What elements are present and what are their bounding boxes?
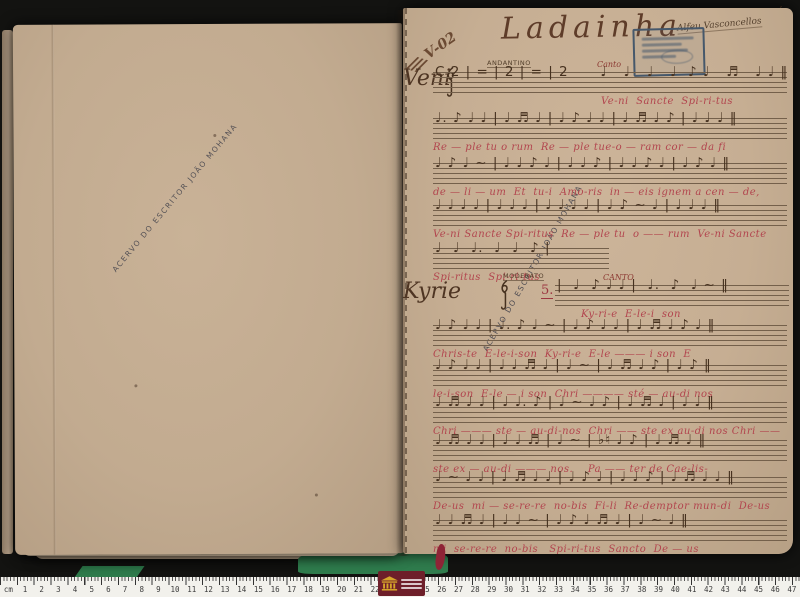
lyrics-line: Re — ple tu o rum Re — ple tue-o — ram c… <box>433 142 726 153</box>
ruler-number: 5 <box>83 585 100 594</box>
left-page-blank: ACERVO DO ESCRITOR JOÃO MOHANA <box>13 23 404 555</box>
staff-lines: ♩ ♪ ♩ ♩ | ♩ ♩ ♬ ♩ | ♩ ~ | ♩ ♬ ♩ ♪ | ♩ ♪ … <box>433 365 787 386</box>
staff-lines: ♩ ~ ♩ ♩ | ♩ ♬ ♩ ♩ | ♩ ♪ ♩ | ♩ ♩ ♪ | ♩ ♬ … <box>433 477 787 498</box>
ruler-number: 34 <box>567 585 584 594</box>
ruler-number: 37 <box>617 585 634 594</box>
logo-text-line <box>401 587 422 589</box>
stamp-text-line <box>642 36 694 40</box>
ruler-number: 26 <box>433 585 450 594</box>
ruler-number: 29 <box>483 585 500 594</box>
ruler-number: 13 <box>217 585 234 594</box>
ruler-number: 46 <box>767 585 784 594</box>
ruler-number: 14 <box>233 585 250 594</box>
lyrics-line: De-us mi — se-re-re no-bis Fi-li Re-demp… <box>433 501 770 512</box>
stamp-oval <box>661 49 693 64</box>
music-notes: ♩ ♪ ♩ ♩ | ♩. ♪ ♩ ~ | ♩ ♪ ♩ ♩ | ♩ ♬ ♩ ♪ ♩… <box>435 317 715 333</box>
ruler-number: 1 <box>17 585 34 594</box>
ruler-number: 17 <box>283 585 300 594</box>
music-notes: ♩ ♩ ♩. ♩ ♩ ♪ | <box>435 240 551 256</box>
ruler-number: 38 <box>634 585 651 594</box>
ruler-number: 19 <box>317 585 334 594</box>
logo-text-line <box>401 579 422 581</box>
paper-speck <box>213 134 216 137</box>
staff-system: ♩ ♩ ♩ ♩ | ♩ ♩ ♩ | ♩ ♩ ♩ ♩ | ♩ ♪ ~ ♩ | ♩ … <box>405 205 789 245</box>
ruler-number: 41 <box>684 585 701 594</box>
music-notes: ♩ ♩ ♩ ♩ | ♩ ♩ ♩ | ♩ ♩ ♩ ♩ | ♩ ♪ ~ ♩ | ♩ … <box>435 197 721 213</box>
staff-system: ♩. ♪ ♩ ♩ | ♩ ♬ ♩ | ♩ ♪ ♩ ♩ | ♩ ♬ ♩ ♪ | ♩… <box>405 118 789 158</box>
paper-speck <box>134 384 137 387</box>
music-notes: ♩ ♬ ♩ ♩ | ♩ ♩ ♬ | ♩ ~ | ♭♮ ♩ ♪ | ♩ ♬ ♩ ‖ <box>435 432 706 448</box>
staff-lines: | ♩ ♪ ♩ ♩ | ♩. ♪ ♩ ~ ‖ <box>555 285 789 306</box>
staff-system: Veni Andantino Canto C 2 | = | 2 | = | 2… <box>405 72 789 112</box>
music-notes: ♩. ♪ ♩ ♩ | ♩ ♬ ♩ | ♩ ♪ ♩ ♩ | ♩ ♬ ♩ ♪ | ♩… <box>435 110 737 126</box>
paper-speck <box>315 494 318 497</box>
music-notes: ♩ ~ ♩ ♩ | ♩ ♬ ♩ ♩ | ♩ ♪ ♩ | ♩ ♩ ♪ | ♩ ♬ … <box>435 469 735 485</box>
ruler-number: 7 <box>117 585 134 594</box>
catalog-mark: V-02 <box>422 29 460 62</box>
staff-lines: ♩ ♬ ♩ ♩ | ♩ ♩. ♪ | ♩ ~ ♩ ♪ | ♩ ♬ ♩ | ♩ ♩… <box>433 402 787 423</box>
staff-lines: ♩ ♪ ♩ ~ | ♩ ♩ ♪ ♩ | ♩ ♩ ♪ | ♩ ♩ ♪ ♩ | ♩ … <box>433 163 787 184</box>
logo-text-lines <box>401 577 422 591</box>
building-icon <box>381 576 398 591</box>
lyrics-line: Ve-ni Sancte Spi-ritus Re — ple tu o —— … <box>433 229 767 240</box>
ruler-number: 6 <box>100 585 117 594</box>
book-cover-edge <box>2 30 13 554</box>
ruler-number: 36 <box>600 585 617 594</box>
logo-text-line <box>401 583 422 585</box>
music-notes: ♩ ♩ ♬ ♩ | ♩ ♩ ~ | ♩ ♪ ♩ ♬ ♩ | ♩ ~ ♩ ‖ <box>435 512 689 528</box>
staff-lines: ♩ ♬ ♩ ♩ | ♩ ♩ ♬ | ♩ ~ | ♭♮ ♩ ♪ | ♩ ♬ ♩ ‖ <box>433 440 787 461</box>
ruler-number: 33 <box>550 585 567 594</box>
section-label: Kyrie <box>403 279 461 304</box>
scanned-manuscript-spread: ACERVO DO ESCRITOR JOÃO MOHANA Ladainha … <box>0 0 800 597</box>
ruler-number: 44 <box>734 585 751 594</box>
ruler-number: 40 <box>667 585 684 594</box>
ruler-number: 45 <box>750 585 767 594</box>
stamp-text-line <box>642 43 682 47</box>
staff-lines: ♩. ♪ ♩ ♩ | ♩ ♬ ♩ | ♩ ♪ ♩ ♩ | ♩ ♬ ♩ ♪ | ♩… <box>433 118 787 139</box>
rehearsal-figure: 5. <box>541 283 553 299</box>
staff-lines: C 2 | = | 2 | = | 2 ♩ ♩ ♩ ♩ ♪ ♩ ♬ ♩ ♩ ‖ <box>433 72 787 93</box>
ruler-number: 16 <box>267 585 284 594</box>
ruler-number: 12 <box>200 585 217 594</box>
ruler-number: 39 <box>650 585 667 594</box>
music-notes: ♩ ♪ ♩ ♩ | ♩ ♩ ♬ ♩ | ♩ ~ | ♩ ♬ ♩ ♪ | ♩ ♪ … <box>435 357 712 373</box>
ruler-number: 3 <box>50 585 67 594</box>
ruler-number: 21 <box>350 585 367 594</box>
lyrics-line: Ve-ni Sancte Spi-ri-tus <box>601 96 733 107</box>
ruler-number: 28 <box>467 585 484 594</box>
ruler-number: 32 <box>534 585 551 594</box>
staff-lines: ♩ ♩ ♩. ♩ ♩ ♪ | <box>433 248 609 269</box>
ruler-number: 20 <box>333 585 350 594</box>
ruler-number: 8 <box>133 585 150 594</box>
right-page-music: Ladainha Alfeu Vasconcellos V-02 /// ACE… <box>403 8 793 554</box>
staff-lines: ♩ ♪ ♩ ♩ | ♩. ♪ ♩ ~ | ♩ ♪ ♩ ♩ | ♩ ♬ ♩ ♪ ♩… <box>433 325 787 346</box>
ruler-number: 18 <box>300 585 317 594</box>
ruler-number: 4 <box>67 585 84 594</box>
staff-system: ♩ ~ ♩ ♩ | ♩ ♬ ♩ ♩ | ♩ ♪ ♩ | ♩ ♩ ♪ | ♩ ♬ … <box>405 477 789 517</box>
ruler-number: 31 <box>517 585 534 594</box>
music-notes: C 2 | = | 2 | = | 2 ♩ ♩ ♩ ♩ ♪ ♩ ♬ ♩ ♩ ‖ <box>435 64 788 80</box>
music-notes: | ♩ ♪ ♩ ♩ | ♩. ♪ ♩ ~ ‖ <box>557 277 729 293</box>
ownership-stamp-left-page: ACERVO DO ESCRITOR JOÃO MOHANA <box>110 122 239 274</box>
ruler-number: 35 <box>584 585 601 594</box>
ruler-number: 42 <box>700 585 717 594</box>
music-notes: ♩ ♪ ♩ ~ | ♩ ♩ ♪ ♩ | ♩ ♩ ♪ | ♩ ♩ ♪ ♩ | ♩ … <box>435 155 730 171</box>
staff-system: ♩ ♩ ♬ ♩ | ♩ ♩ ~ | ♩ ♪ ♩ ♬ ♩ | ♩ ~ ♩ ‖ mi… <box>405 520 789 560</box>
ruler-number: 11 <box>183 585 200 594</box>
ruler-number: 10 <box>167 585 184 594</box>
ruler-number: 30 <box>500 585 517 594</box>
ruler-number: 27 <box>450 585 467 594</box>
ruler-number: 2 <box>33 585 50 594</box>
page-crease <box>51 25 56 555</box>
ruler-number: cm <box>0 585 17 594</box>
music-notes: ♩ ♬ ♩ ♩ | ♩ ♩. ♪ | ♩ ~ ♩ ♪ | ♩ ♬ ♩ | ♩ ♩… <box>435 394 715 410</box>
ruler-number: 15 <box>250 585 267 594</box>
treble-clef-icon <box>497 280 512 312</box>
ruler-number: 43 <box>717 585 734 594</box>
ruler-number: 47 <box>784 585 800 594</box>
staff-lines: ♩ ♩ ♬ ♩ | ♩ ♩ ~ | ♩ ♪ ♩ ♬ ♩ | ♩ ~ ♩ ‖ <box>433 520 787 541</box>
ruler-number: 9 <box>150 585 167 594</box>
lyrics-line: mi se-re-re no-bis Spi-ri-tus Sancto De … <box>433 544 699 555</box>
staff-lines: ♩ ♩ ♩ ♩ | ♩ ♩ ♩ | ♩ ♩ ♩ ♩ | ♩ ♪ ~ ♩ | ♩ … <box>433 205 787 226</box>
tempo-marking: Moderato <box>503 272 544 281</box>
archive-logo-badge <box>378 571 425 596</box>
